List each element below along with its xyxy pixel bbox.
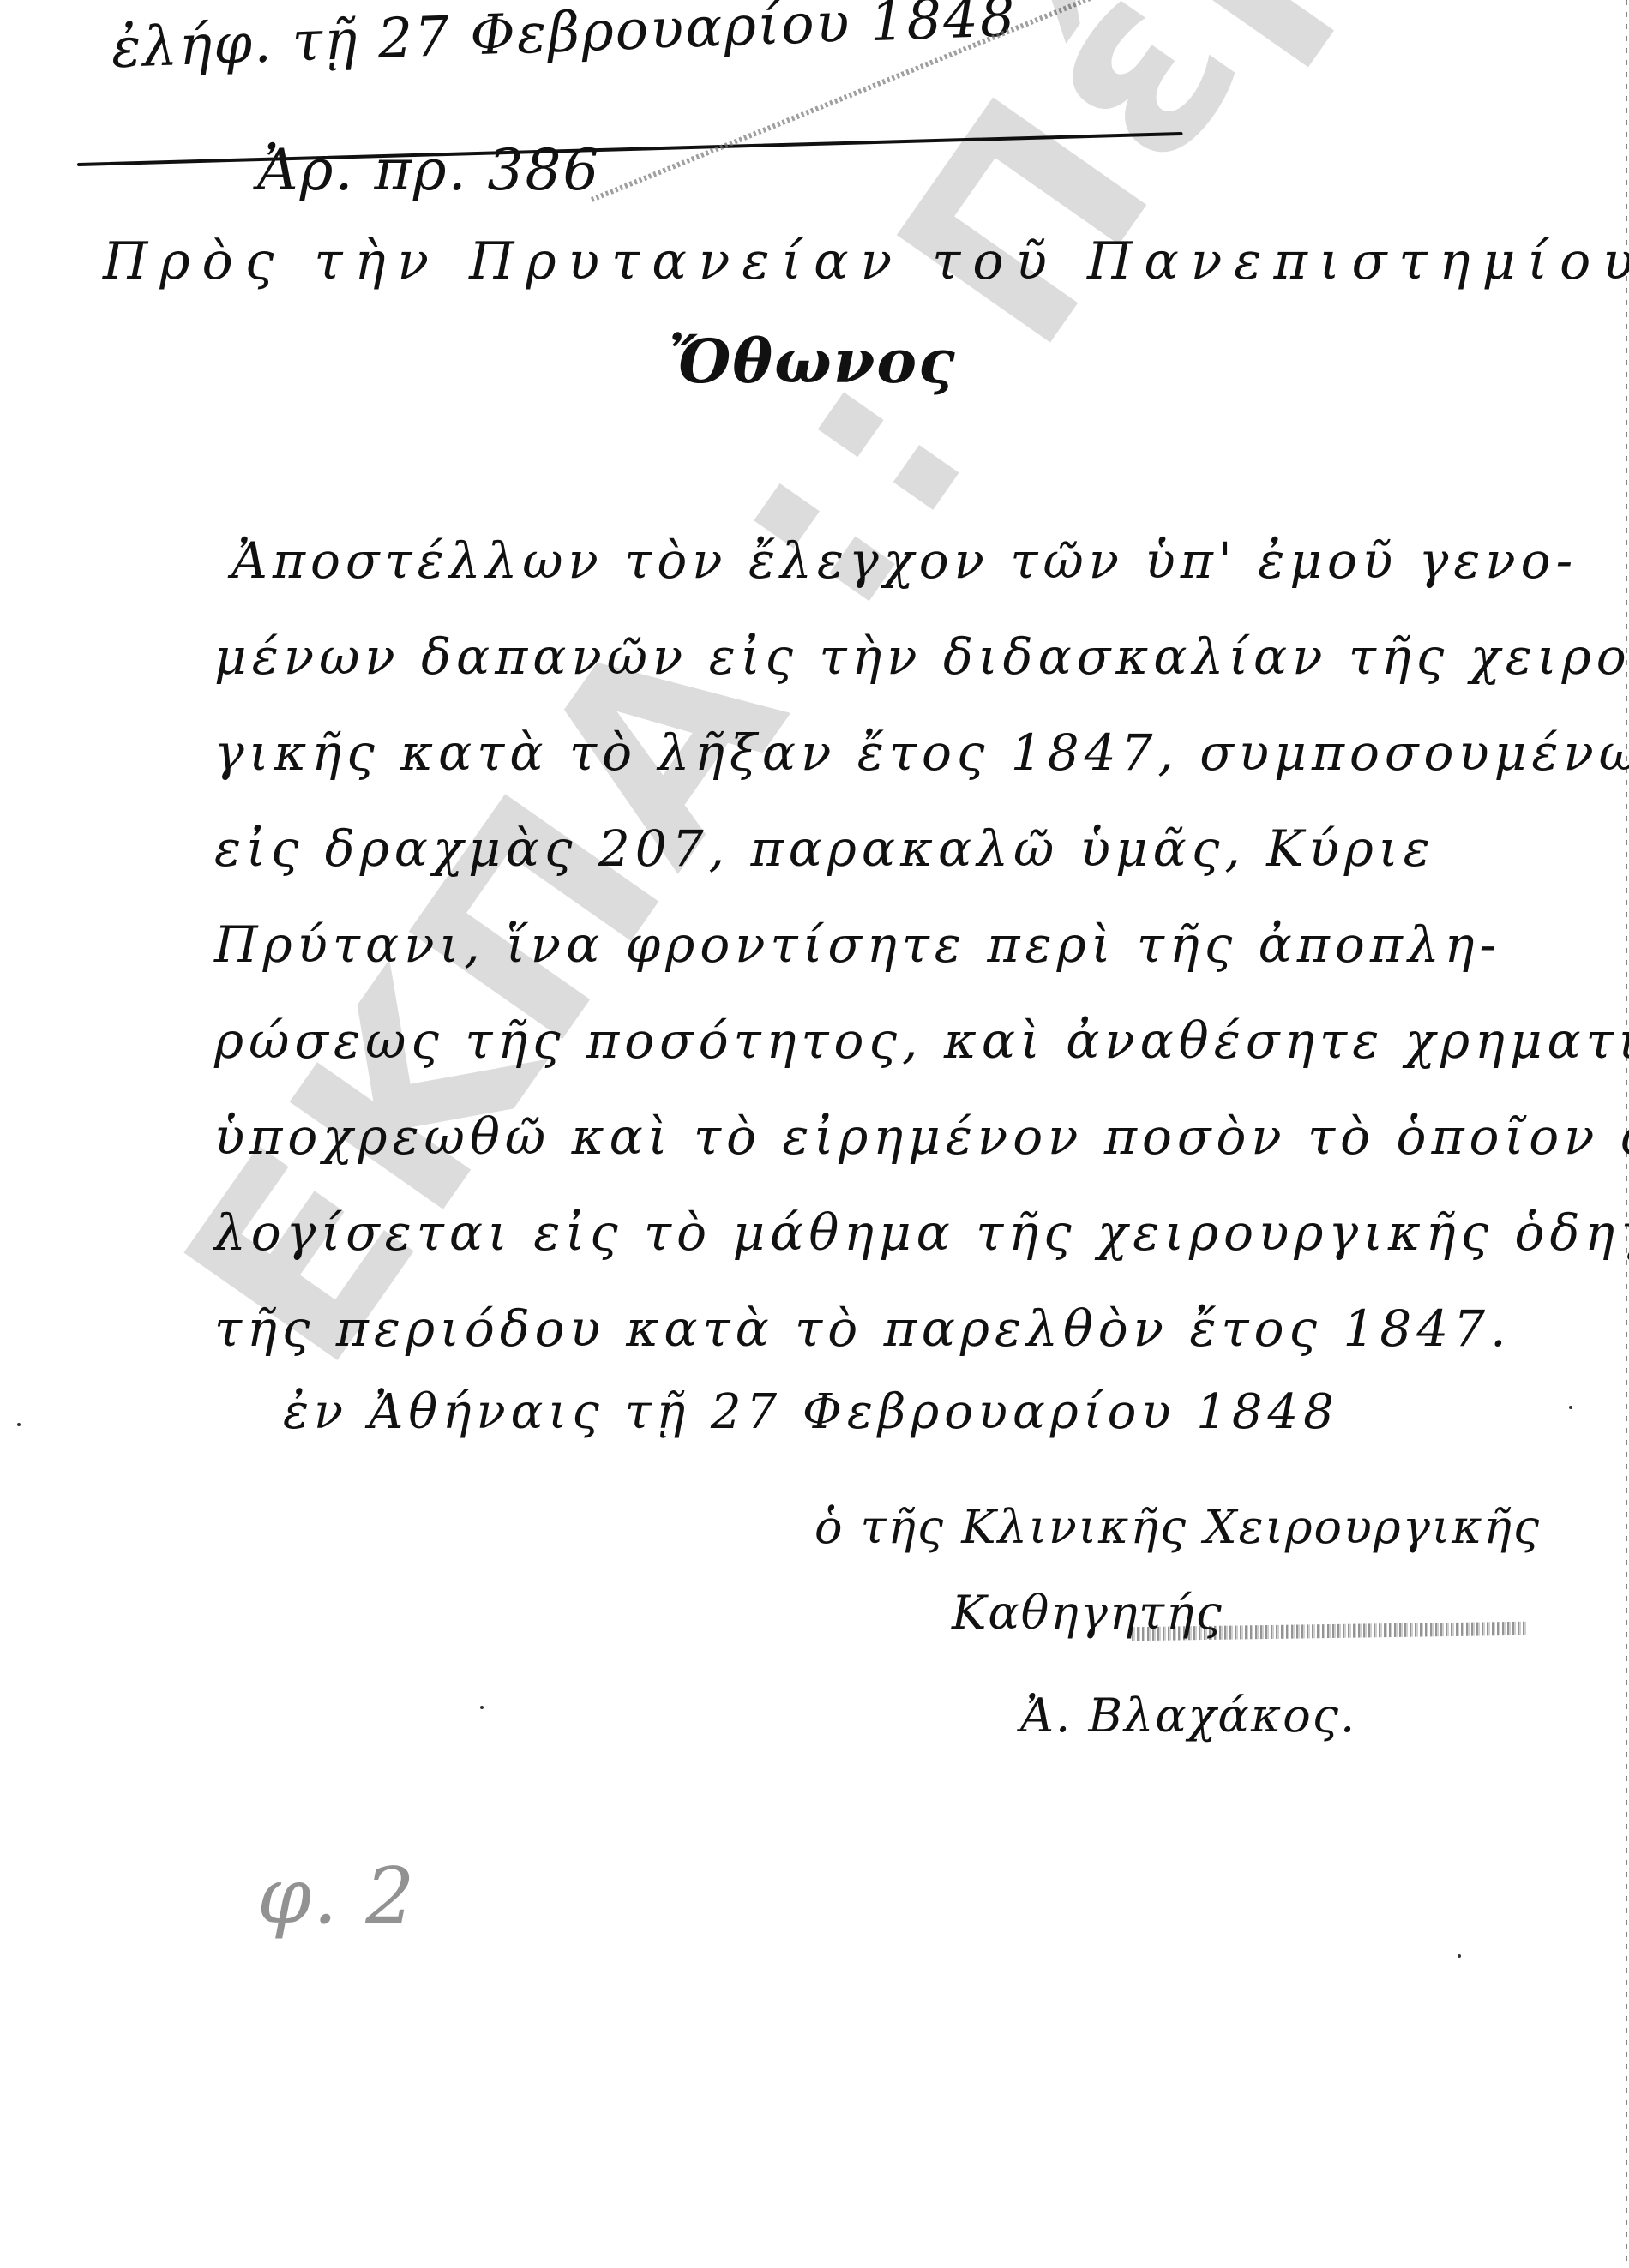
signature-title: ὁ τῆς Κλινικῆς Χειρουργικῆς [814,1500,1541,1554]
signature-role: Καθηγητής [952,1586,1223,1640]
body-line: ρώσεως τῆς ποσότητος, καὶ ἀναθέσητε χρημ… [214,1011,1569,1107]
body-line: ὑποχρεωθῶ καὶ τὸ εἰρημένον ποσὸν τὸ ὁποῖ… [214,1107,1569,1203]
scan-speck [17,1423,21,1426]
body-line: Πρύτανι, ἵνα φροντίσητε περὶ τῆς ἀποπλη- [214,915,1569,1011]
scan-speck [1569,1406,1572,1409]
addressee-line: Πρὸς τὴν Πρυτανείαν τοῦ Πανεπιστημίου [103,231,1629,291]
document-page: ἐλήφ. τῇ 27 Φεβρουαρίου 1848 Ἀρ. πρ. 386… [0,0,1629,2268]
folio-mark: φ. 2 [257,1851,417,1941]
body-line: λογίσεται εἰς τὸ μάθημα τῆς χειρουργικῆς… [214,1203,1569,1299]
scan-speck [1458,1954,1461,1958]
signature-name: Ἀ. Βλαχάκος. [1020,1689,1356,1743]
protocol-number: Ἀρ. πρ. 386 [257,137,601,203]
scan-speck [480,1706,484,1709]
header-underline [77,132,1183,166]
body-line: τῆς περιόδου κατὰ τὸ παρελθὸν ἔτος 1847. [214,1299,1569,1395]
city-line: Ὄθωνος [669,326,957,397]
letter-body: Ἀποστέλλων τὸν ἔλεγχον τῶν ὑπ' ἐμοῦ γενο… [231,531,1586,1395]
body-line: μένων δαπανῶν εἰς τὴν διδασκαλίαν τῆς χε… [214,627,1569,723]
received-date-note: ἐλήφ. τῇ 27 Φεβρουαρίου 1848 [111,0,1018,81]
body-line: Ἀποστέλλων τὸν ἔλεγχον τῶν ὑπ' ἐμοῦ γενο… [231,531,1586,627]
body-line: γικῆς κατὰ τὸ λῆξαν ἔτος 1847, συμποσουμ… [214,723,1569,819]
closing-date-line: ἐν Ἀθήναις τῇ 27 Φεβρουαρίου 1848 [283,1384,1339,1440]
body-line: εἰς δραχμὰς 207, παρακαλῶ ὑμᾶς, Κύριε [214,819,1569,915]
